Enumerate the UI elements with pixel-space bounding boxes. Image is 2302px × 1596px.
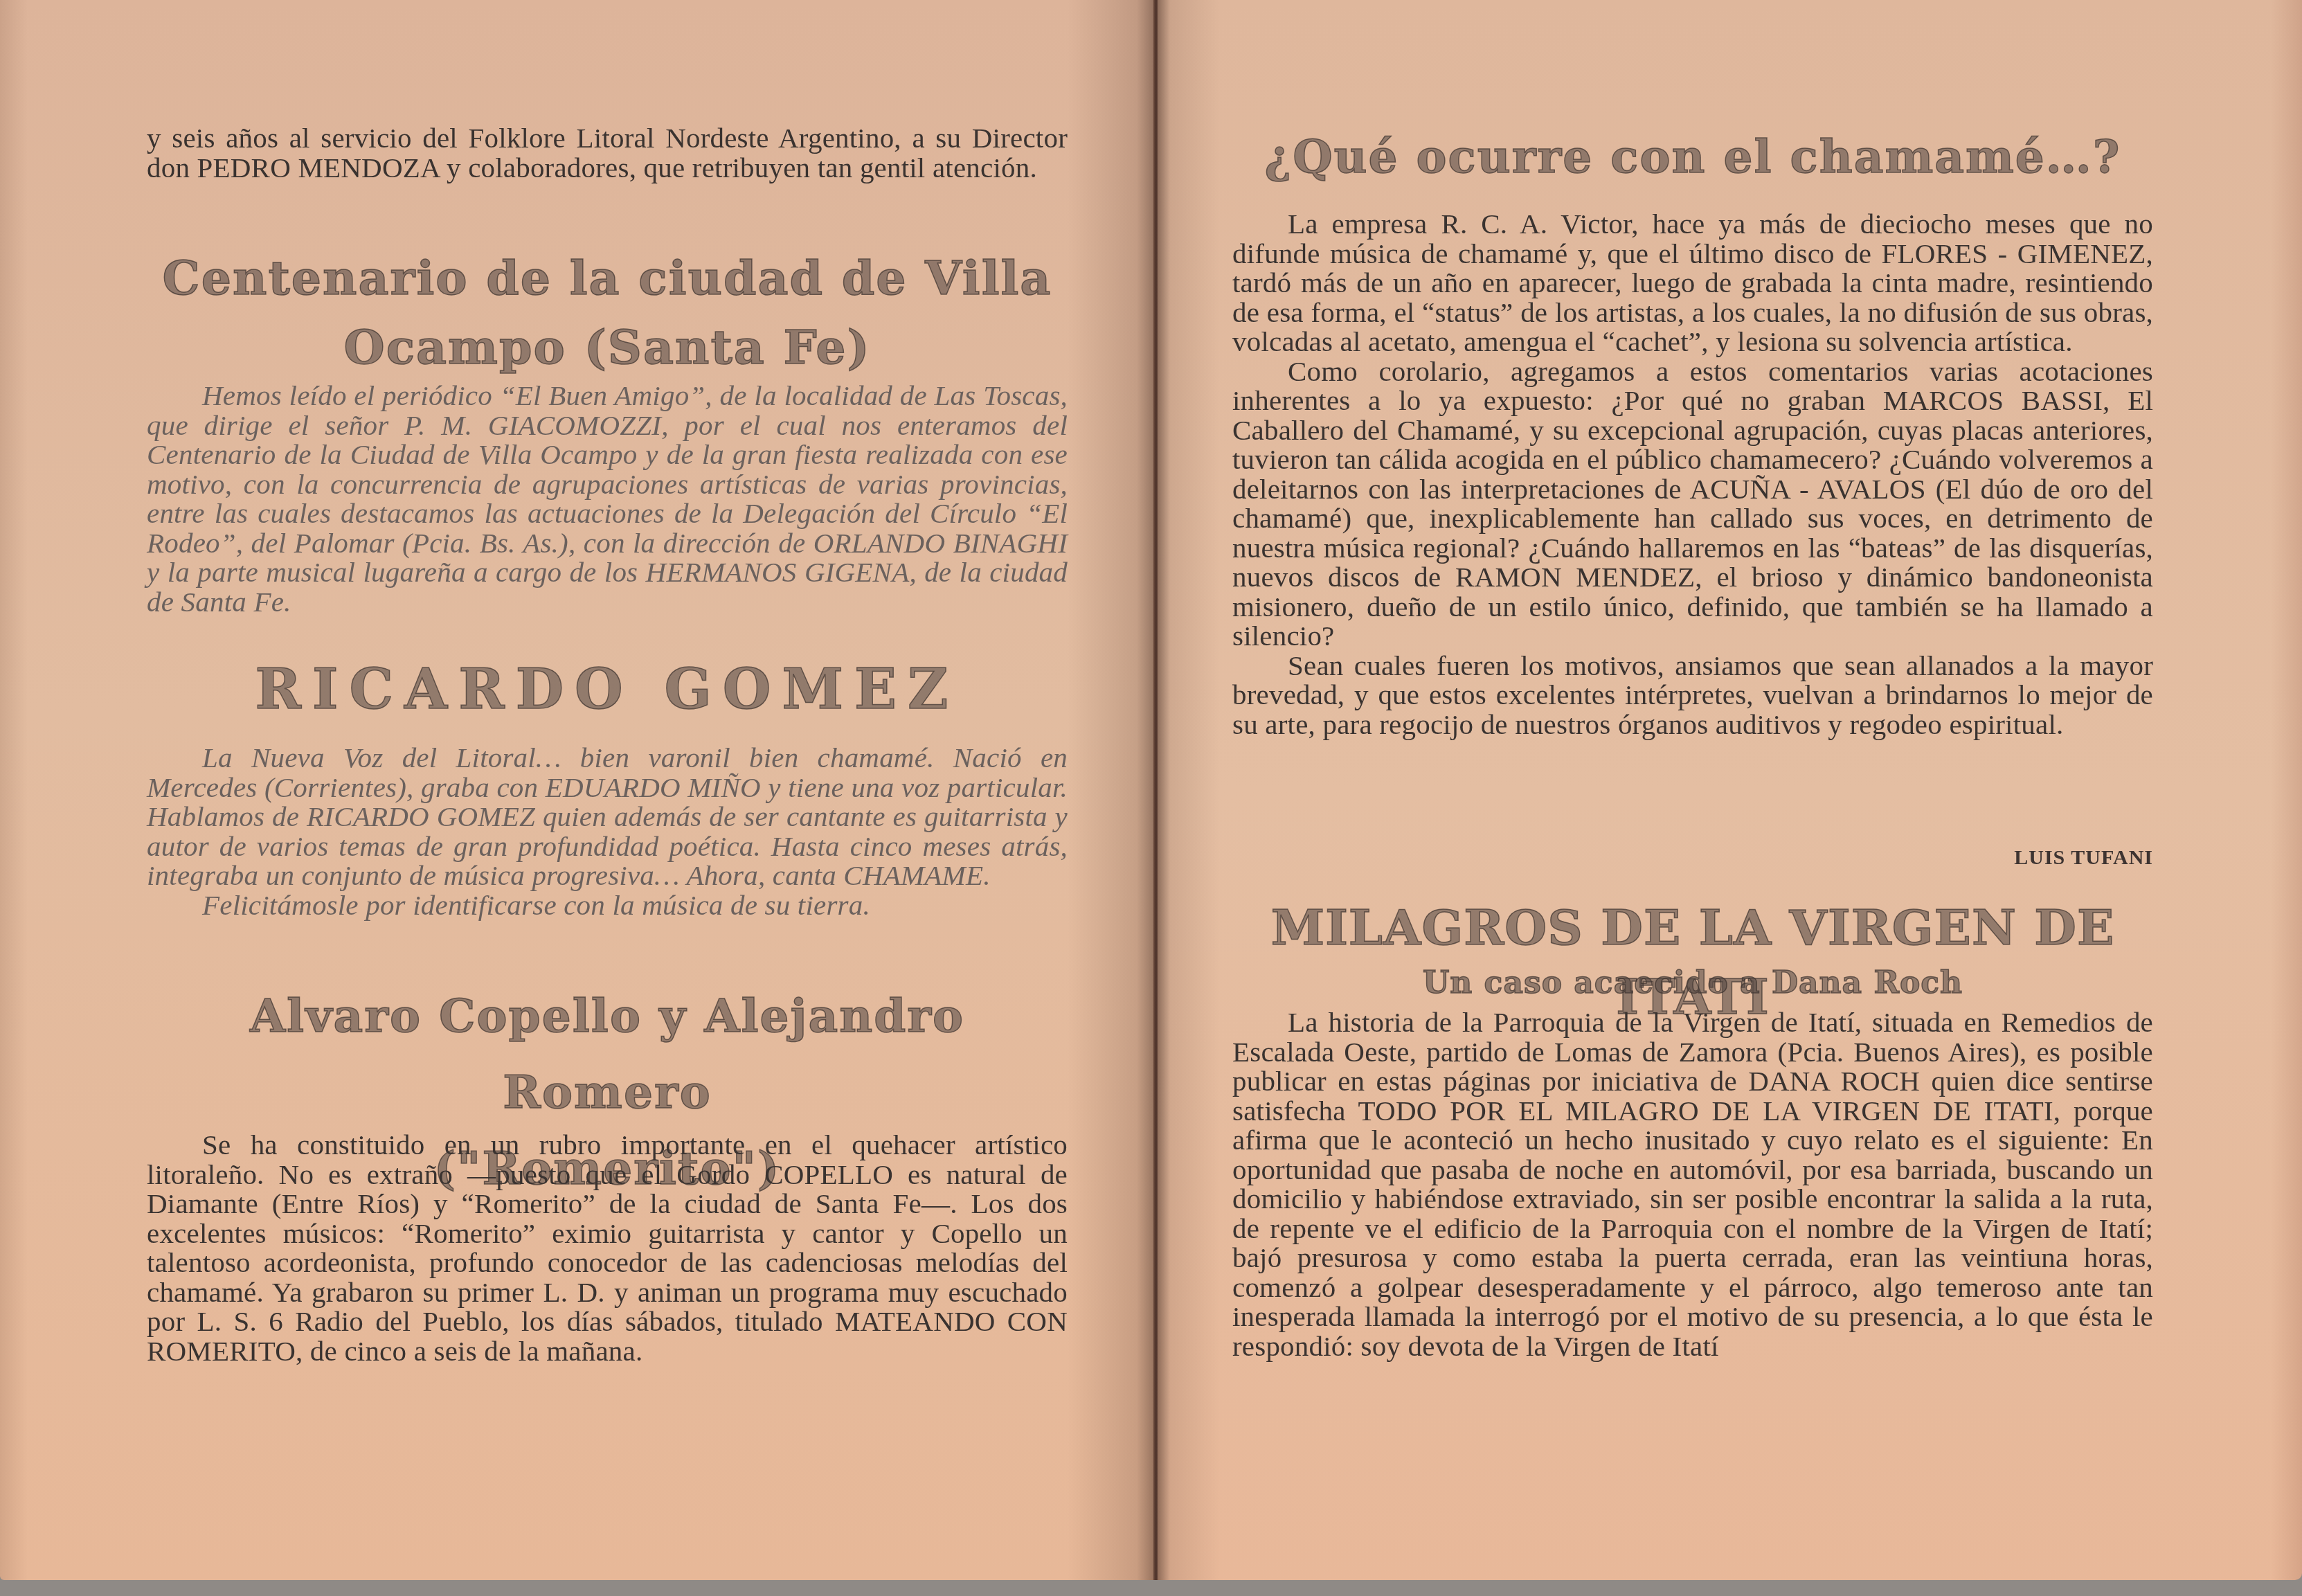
villa-ocampo-body: Hemos leído el periódico “El Buen Amigo”… [147, 381, 1068, 616]
title-line-1: Alvaro Copello y Alejandro Romero [147, 978, 1068, 1130]
intro-paragraph: y seis años al servicio del Folklore Lit… [147, 123, 1068, 182]
copello-romero-body: Se ha constituido en un rubro importante… [147, 1130, 1068, 1365]
ricardo-gomez-closing: Felicitámosle por identificarse con la m… [147, 890, 1068, 920]
title-line-2: Ocampo (Santa Fe) [147, 313, 1068, 382]
que-ocurre-paragraph-1: La empresa R. C. A. Victor, hace ya más … [1232, 209, 2153, 357]
section-subtitle-dana-roch: Un caso acaecido a Dana Roch [1232, 964, 2153, 1003]
section-title-ricardo-gomez: RICARDO GOMEZ [147, 654, 1068, 724]
book-spread: y seis años al servicio del Folklore Lit… [0, 0, 2302, 1579]
title-line-1: Centenario de la ciudad de Villa [147, 244, 1068, 313]
ricardo-gomez-body: La Nueva Voz del Litoral… bien varonil b… [147, 743, 1068, 890]
author-signature: LUIS TUFANI [1232, 846, 2153, 870]
que-ocurre-paragraph-2: Como corolario, agregamos a estos coment… [1232, 357, 2153, 651]
que-ocurre-paragraph-3: Sean cuales fueren los motivos, ansiamos… [1232, 651, 2153, 739]
left-page: y seis años al servicio del Folklore Lit… [0, 0, 1158, 1580]
milagros-body: La historia de la Parroquia de la Virgen… [1232, 1007, 2153, 1361]
section-title-que-ocurre: ¿Qué ocurre con el chamamé…? [1232, 122, 2153, 191]
section-title-villa-ocampo: Centenario de la ciudad de Villa Ocampo … [147, 244, 1068, 382]
